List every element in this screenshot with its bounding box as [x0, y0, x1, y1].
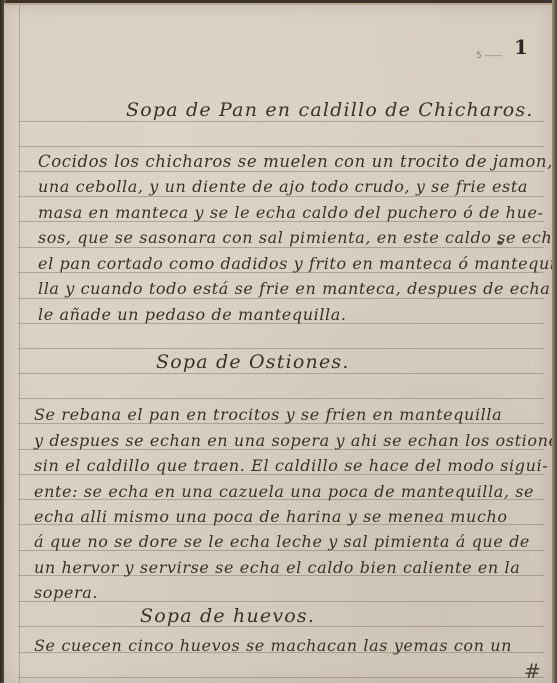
manuscript-page: 5 —— 1 Sopa de Pan en caldillo de Chicha… — [4, 3, 555, 683]
page-stack-edge — [552, 0, 557, 683]
recipe-text-line: lla y cuando todo está se frie en mantec… — [38, 279, 557, 298]
ruled-line — [18, 298, 544, 299]
recipe-text-line: sos, que se sasonara con sal pimienta, e… — [38, 228, 557, 247]
recipe-title: Sopa de Pan en caldillo de Chicharos. — [126, 99, 534, 121]
ink-blot — [497, 241, 503, 245]
recipe-text-line: masa en manteca y se le echa caldo del p… — [38, 203, 544, 222]
recipe-text-line: Se rebana el pan en trocitos y se frien … — [34, 405, 502, 424]
corner-stamp: 5 —— — [476, 51, 503, 61]
recipe-text-line: un hervor y servirse se echa el caldo bi… — [34, 558, 520, 577]
ruled-line — [18, 171, 544, 172]
ruled-line — [18, 398, 544, 399]
ruled-line — [18, 146, 544, 147]
recipe-text-line: echa alli mismo una poca de harina y se … — [34, 507, 508, 526]
recipe-text-line: ente: se echa en una cazuela una poca de… — [34, 482, 534, 501]
recipe-title: Sopa de huevos. — [140, 605, 315, 627]
recipe-text-line: sopera. — [34, 583, 98, 602]
page-number: 1 — [514, 35, 528, 59]
recipe-title: Sopa de Ostiones. — [156, 351, 350, 373]
recipe-text-line: le añade un pedaso de mantequilla. — [38, 305, 347, 324]
footer-hash-mark: # — [524, 659, 541, 683]
recipe-text-line: el pan cortado como dadidos y frito en m… — [38, 254, 557, 273]
ruled-line — [18, 196, 544, 197]
recipe-text-line: y despues se echan en una sopera y ahi s… — [34, 431, 557, 450]
recipe-text-line: á que no se dore se le echa leche y sal … — [34, 532, 530, 551]
margin-line — [19, 5, 20, 683]
ruled-line — [18, 121, 544, 122]
recipe-text-line: Se cuecen cinco huevos se machacan las y… — [34, 636, 512, 655]
recipe-text-line: sin el caldillo que traen. El caldillo s… — [34, 456, 548, 475]
recipe-text-line: Cocidos los chicharos se muelen con un t… — [38, 152, 553, 171]
ruled-line — [18, 373, 544, 374]
recipe-text-line: una cebolla, y un diente de ajo todo cru… — [38, 177, 528, 196]
ruled-line — [18, 677, 544, 678]
ruled-line — [18, 348, 544, 349]
ruled-line — [18, 247, 544, 248]
